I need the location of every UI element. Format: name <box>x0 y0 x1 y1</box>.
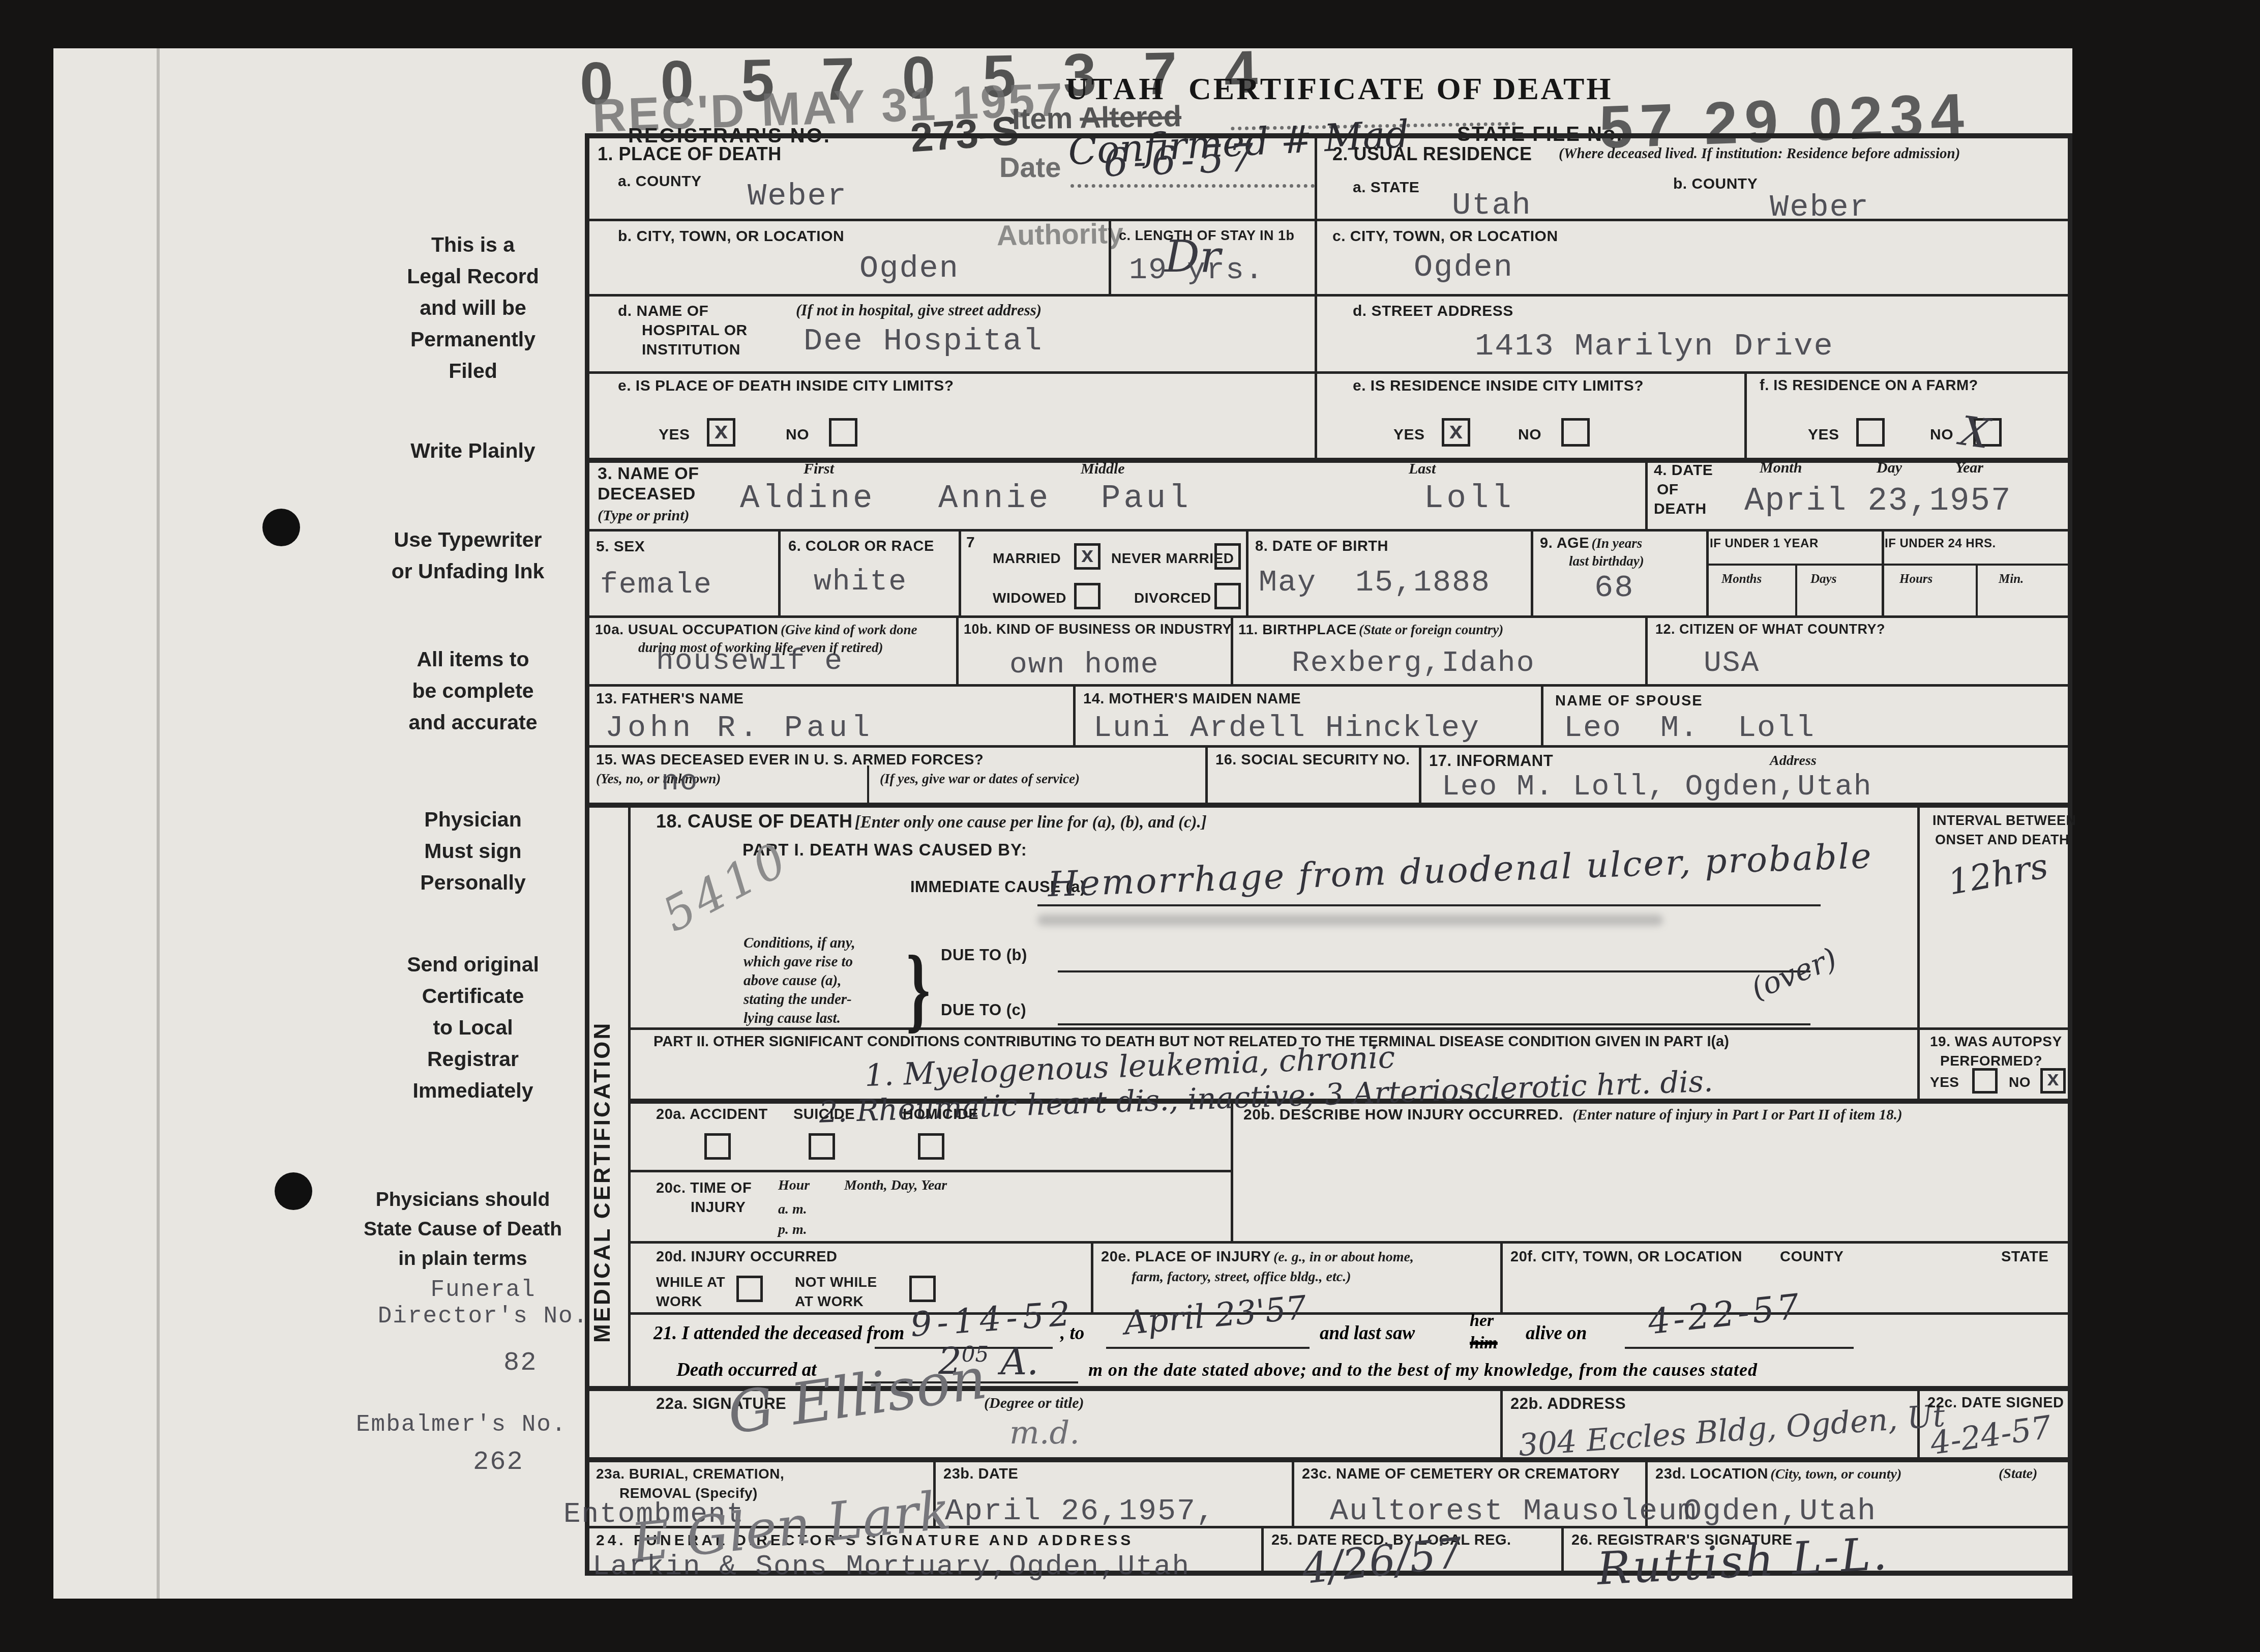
rule <box>778 529 781 615</box>
rule <box>1645 458 1648 529</box>
rule <box>585 529 2072 532</box>
field12-value: USA <box>1704 647 1760 680</box>
field2e-yes-checkbox: x <box>1442 418 1470 447</box>
field5-value: female <box>600 569 712 602</box>
degree-title-value: m.d. <box>1009 1414 1080 1451</box>
field4-day-label: Day <box>1877 459 1902 477</box>
field3-last-label: Last <box>1409 460 1436 478</box>
field3-first-label: First <box>804 460 834 478</box>
field10a-label: 10a. USUAL OCCUPATION (Give kind of work… <box>595 622 917 638</box>
field9-value: 68 <box>1594 570 1634 606</box>
field2e-no-label: NO <box>1518 426 1541 444</box>
field9-days-label: Days <box>1810 572 1836 586</box>
conditions-brace: } <box>906 935 930 1044</box>
field3-name1: Aldine <box>740 481 875 517</box>
field23b-value: April 26,1957, <box>945 1494 1215 1529</box>
field23c-value: Aultorest Mausoleum <box>1330 1494 1697 1529</box>
rule <box>1261 1526 1264 1571</box>
cause-a-smudge <box>1037 914 1663 926</box>
field11-value: Rexberg,Idaho <box>1292 647 1535 680</box>
field20f-label: 20f. CITY, TOWN, OR LOCATION <box>1510 1249 1742 1265</box>
field9-label-italic2: last birthday) <box>1569 553 1644 569</box>
field2c-label: c. CITY, TOWN, OR LOCATION <box>1332 228 1558 245</box>
field20e-label-italic2: farm, factory, street, office bldg., etc… <box>1132 1269 1351 1285</box>
rule <box>1882 529 1884 615</box>
rule <box>1645 615 1648 684</box>
field2d-value: 1413 Marilyn Drive <box>1475 328 1834 364</box>
field21-time-ampm: A. <box>1000 1340 1038 1383</box>
field12-label: 12. CITIZEN OF WHAT COUNTRY? <box>1655 622 1885 637</box>
field20e-label-bold: 20e. PLACE OF INJURY <box>1101 1249 1271 1265</box>
field9-under24-label: IF UNDER 24 HRS. <box>1885 537 1996 551</box>
field2f-label: f. IS RESIDENCE ON A FARM? <box>1760 377 1978 394</box>
field20a-suicide-checkbox <box>809 1133 835 1160</box>
field4-year-label: Year <box>1955 459 1983 477</box>
field2-heading-note: (Where deceased lived. If institution: R… <box>1559 144 2062 163</box>
field10b-value: own home <box>1009 648 1159 682</box>
field7-divorced-checkbox <box>1214 583 1241 609</box>
rule <box>956 615 959 684</box>
rule <box>1315 133 1317 458</box>
field7-married-checkbox: x <box>1074 543 1101 570</box>
field7-widowed-label: WIDOWED <box>993 590 1066 606</box>
rule <box>1091 1241 1093 1312</box>
field10a-label-bold: 10a. USUAL OCCUPATION <box>595 622 779 637</box>
field7-divorced-label: DIVORCED <box>1134 590 1211 606</box>
field21-text1: 21. I attended the deceased from <box>653 1322 904 1344</box>
field10a-value: housewif e <box>656 645 843 678</box>
field17-label: 17. INFORMANT <box>1429 752 1553 770</box>
field23d-value: Ogden,Utah <box>1683 1494 1877 1529</box>
rule <box>1706 564 2070 566</box>
field2b-value: Weber <box>1770 189 1869 225</box>
field4-label1: 4. DATE <box>1654 462 1713 479</box>
rule <box>1917 803 1920 1099</box>
rule <box>585 1457 2072 1462</box>
field20e-label: 20e. PLACE OF INJURY (e. g., in or about… <box>1101 1249 1414 1265</box>
field19-label-line2: PERFORMED? <box>1940 1053 2042 1069</box>
title-rest: CERTIFICATE OF DEATH <box>1188 72 1613 106</box>
field1b-label: b. CITY, TOWN, OR LOCATION <box>618 228 844 245</box>
rule <box>1246 529 1248 615</box>
field20d-notwhile1: NOT WHILE <box>795 1274 877 1290</box>
field20a-homicide-label: HOMICIDE <box>903 1106 978 1123</box>
field20b-label-italic: (Enter nature of injury in Part I or Par… <box>1572 1107 1902 1123</box>
field15-note1: (Yes, no, or unknown) <box>596 771 721 787</box>
death-certificate-scan: This is a Legal Record and will be Perma… <box>0 0 2260 1652</box>
field21-text4: alive on <box>1526 1322 1587 1344</box>
field3-heading1: 3. NAME OF <box>598 464 699 484</box>
rule <box>1561 1526 1564 1571</box>
field2a-value: Utah <box>1452 187 1532 223</box>
field23d-state-label: (State) <box>1999 1466 2037 1482</box>
field18-label: 18. CAUSE OF DEATH [Enter only one cause… <box>656 811 1207 832</box>
rule <box>1795 564 1797 615</box>
field1d-label1: d. NAME OF <box>618 303 708 320</box>
rule <box>959 529 961 615</box>
field5-label: 5. SEX <box>596 538 645 555</box>
rule <box>1109 219 1111 294</box>
field20c-label2: INJURY <box>691 1199 746 1216</box>
rule <box>1500 1386 1503 1457</box>
field8-label: 8. DATE OF BIRTH <box>1255 538 1388 555</box>
field21-underline2 <box>1106 1347 1310 1349</box>
field23b-label: 23b. DATE <box>943 1466 1018 1483</box>
field23c-label: 23c. NAME OF CEMETERY OR CREMATORY <box>1302 1466 1620 1483</box>
certificate-title: UTAH CERTIFICATE OF DEATH <box>1065 71 1613 107</box>
field20c-am-label: a. m. <box>778 1201 807 1218</box>
field2a-label: a. STATE <box>1353 179 1419 196</box>
date-stamp-label: Date <box>999 151 1061 184</box>
due-to-c-label: DUE TO (c) <box>941 1001 1026 1019</box>
field2f-no-handwritten-x: X <box>1957 407 2002 459</box>
field3-heading2: DECEASED <box>598 484 696 504</box>
margin-note-typewriter: Use Typewriter or Unfading Ink <box>346 524 590 587</box>
field11-label-italic: (State or foreign country) <box>1359 622 1503 637</box>
field1-heading: 1. PLACE OF DEATH <box>598 143 782 165</box>
field1c-value: 19 yrs. <box>1129 253 1264 288</box>
rule <box>1744 371 1747 458</box>
field2b-label: b. COUNTY <box>1673 175 1758 193</box>
field22b-label: 22b. ADDRESS <box>1510 1395 1626 1413</box>
field24-value: Larkin & Sons Mortuary,Ogden,Utah <box>592 1550 1190 1583</box>
due-to-c-underline <box>1058 1023 1810 1025</box>
field1e-yes-checkbox: x <box>707 418 735 447</box>
field2d-label: d. STREET ADDRESS <box>1353 303 1513 320</box>
margin-note-legal-record: This is a Legal Record and will be Perma… <box>356 229 590 387</box>
field3-middle-label: Middle <box>1081 460 1125 478</box>
authority-stamp: Authority <box>996 217 1123 252</box>
margin-note-physician-sign: Physician Must sign Personally <box>356 804 590 898</box>
field1a-value: Weber <box>748 178 847 214</box>
field20c-pm-label: p. m. <box>778 1222 807 1238</box>
field1d-note: (If not in hospital, give street address… <box>796 301 1042 319</box>
field7-widowed-checkbox <box>1074 583 1101 609</box>
field20d-while-checkbox <box>736 1276 763 1302</box>
due-to-b-label: DUE TO (b) <box>941 946 1027 964</box>
field2-heading: 2. USUAL RESIDENCE <box>1332 143 1532 165</box>
rule <box>1419 745 1421 803</box>
field20b-label-bold: 20b. DESCRIBE HOW INJURY OCCURRED. <box>1243 1106 1563 1123</box>
field20a-accident-label: 20a. ACCIDENT <box>656 1106 768 1123</box>
field3-name2: Annie <box>938 481 1051 517</box>
rule <box>1531 529 1533 615</box>
field1c-label: c. LENGTH OF STAY IN 1b <box>1119 228 1295 244</box>
form-border-right <box>2068 133 2072 1576</box>
funeral-directors-no-label: Funeral Director's No. <box>376 1277 590 1330</box>
field23d-label-italic: (City, town, or county) <box>1770 1466 1901 1482</box>
rule <box>585 615 2072 618</box>
field19-yes-label: YES <box>1930 1074 1959 1090</box>
field9-label-bold: 9. AGE <box>1540 535 1589 551</box>
rule <box>1500 1241 1503 1312</box>
field6-label: 6. COLOR OR RACE <box>788 538 934 555</box>
field4-value: April 23,1957 <box>1744 483 2011 520</box>
field1e-yes-label: YES <box>659 426 690 444</box>
field9-label: 9. AGE (In years <box>1540 535 1642 552</box>
hole-punch-top <box>262 509 300 546</box>
field20b-label: 20b. DESCRIBE HOW INJURY OCCURRED. (Ente… <box>1243 1106 1902 1124</box>
field4-label2: OF <box>1657 481 1679 498</box>
rule <box>1706 529 1709 615</box>
field15-label: 15. WAS DECEASED EVER IN U. S. ARMED FOR… <box>596 752 984 769</box>
field9-months-label: Months <box>1721 572 1762 586</box>
rule <box>1976 564 1978 615</box>
field23a-label1: 23a. BURIAL, CREMATION, <box>596 1466 784 1482</box>
item-word: Item <box>1012 102 1073 136</box>
field1d-label3: INSTITUTION <box>642 341 740 359</box>
title-state: UTAH <box>1065 72 1167 106</box>
field4-label3: DEATH <box>1654 500 1707 518</box>
field20d-while2: WORK <box>656 1293 702 1310</box>
field3-heading3: (Type or print) <box>598 507 690 524</box>
form-border-top <box>585 133 2072 138</box>
field1e-label: e. IS PLACE OF DEATH INSIDE CITY LIMITS? <box>618 377 954 395</box>
form-border-left <box>585 133 589 1576</box>
field20c-label1: 20c. TIME OF <box>656 1180 752 1197</box>
field16-label: 16. SOCIAL SECURITY NO. <box>1215 752 1410 769</box>
rule <box>1541 684 1543 745</box>
field21-text3: and last saw <box>1320 1322 1415 1344</box>
field18-label-bold: 18. CAUSE OF DEATH <box>656 811 852 832</box>
rule <box>628 803 631 1386</box>
margin-note-complete: All items to be complete and accurate <box>356 643 590 738</box>
field9-label-italic1: (In years <box>1591 536 1642 551</box>
field2e-label: e. IS RESIDENCE INSIDE CITY LIMITS? <box>1353 377 1644 395</box>
field20a-homicide-checkbox <box>918 1133 944 1160</box>
field10a-label-italic1: (Give kind of work done <box>781 622 917 637</box>
field2e-yes-label: YES <box>1393 426 1425 444</box>
field13-label: 13. FATHER'S NAME <box>596 691 744 707</box>
field19-no-checkbox: x <box>2040 1068 2066 1094</box>
field20c-hour-label: Hour <box>778 1177 810 1194</box>
field21-text6: m on the date stated above; and to the b… <box>1088 1359 1758 1380</box>
conditions-note: Conditions, if any, which gave rise to a… <box>744 934 911 1028</box>
field3-name3: Paul <box>1101 481 1192 517</box>
rule <box>1073 684 1076 745</box>
rule <box>585 371 2072 374</box>
field14-label: 14. MOTHER'S MAIDEN NAME <box>1083 691 1301 707</box>
field2f-no-label: NO <box>1930 426 1953 444</box>
field14-value: Luni Ardell Hinckley <box>1093 711 1480 746</box>
field1b-value: Ogden <box>859 250 959 286</box>
field17-value: Leo M. Loll, Ogden,Utah <box>1442 771 1872 804</box>
medical-certification-vertical-label: MEDICAL CERTIFICATION <box>590 834 615 1343</box>
field17-address-label: Address <box>1770 753 1817 769</box>
field1d-value: Dee Hospital <box>804 323 1043 359</box>
field23d-label-bold: 23d. LOCATION <box>1655 1466 1768 1482</box>
rule <box>628 1312 2072 1315</box>
paper-edge-line <box>157 48 160 1599</box>
field15-value: no <box>661 765 699 799</box>
rule <box>867 765 869 803</box>
field20a-accident-checkbox <box>704 1133 731 1160</box>
field7-never-married-checkbox <box>1214 543 1241 570</box>
field20d-while1: WHILE AT <box>656 1274 725 1290</box>
rule <box>585 684 2072 687</box>
field21-him-word: him <box>1470 1334 1498 1353</box>
field2f-yes-checkbox <box>1856 418 1885 447</box>
field10b-label: 10b. KIND OF BUSINESS OR INDUSTRY <box>964 622 1232 637</box>
field18-label-italic: [Enter only one cause per line for (a), … <box>855 813 1207 832</box>
field19-yes-checkbox <box>1972 1068 1998 1094</box>
field6-value: white <box>814 566 907 599</box>
field2c-value: Ogden <box>1414 249 1513 285</box>
spouse-value: Leo M. Loll <box>1564 711 1815 746</box>
field1a-label: a. COUNTY <box>618 173 702 190</box>
field19-label-line1: 19. WAS AUTOPSY <box>1930 1034 2062 1050</box>
interval-label-line2: ONSET AND DEATH <box>1935 832 2069 848</box>
field21-underline3 <box>1625 1347 1854 1349</box>
degree-title-label: (Degree or title) <box>984 1395 1084 1412</box>
rule <box>628 1170 1233 1172</box>
field4-month-label: Month <box>1760 459 1802 477</box>
field11-label: 11. BIRTHPLACE (State or foreign country… <box>1238 622 1503 638</box>
rule <box>628 1241 2072 1244</box>
field20d-notwhile-checkbox <box>909 1276 936 1302</box>
spouse-label: NAME OF SPOUSE <box>1555 693 1703 710</box>
field20c-mdy-label: Month, Day, Year <box>844 1177 947 1194</box>
field11-label-bold: 11. BIRTHPLACE <box>1238 622 1357 637</box>
field20a-suicide-label: SUICIDE <box>793 1106 855 1123</box>
field23d-label: 23d. LOCATION (City, town, or county) <box>1655 1466 1901 1483</box>
due-to-b-underline <box>1058 970 1810 972</box>
field1e-no-label: NO <box>786 426 809 444</box>
date-stamp-value: 6-6-57 <box>1103 135 1260 186</box>
field1e-no-checkbox <box>829 418 857 447</box>
field8-value: May 15,1888 <box>1259 566 1491 600</box>
field7-married-label: MARRIED <box>993 550 1061 567</box>
cause-a-underline <box>1037 904 1821 906</box>
field21-text2: , to <box>1060 1322 1084 1344</box>
field3-last-name: Loll <box>1424 481 1514 517</box>
field9-min-label: Min. <box>1999 572 2024 586</box>
funeral-directors-no-value: 82 <box>503 1348 537 1378</box>
field2e-no-checkbox <box>1561 418 1590 447</box>
field20d-label: 20d. INJURY OCCURRED <box>656 1249 837 1265</box>
field19-no-label: NO <box>2009 1074 2031 1090</box>
field2f-yes-label: YES <box>1808 426 1839 444</box>
field7-number: 7 <box>966 534 975 551</box>
margin-note-send-original: Send original Certificate to Local Regis… <box>356 949 590 1106</box>
field1d-label2: HOSPITAL OR <box>642 322 748 339</box>
field21-her-word: her <box>1470 1311 1494 1331</box>
field13-value: John R. Paul <box>605 711 874 746</box>
field15-note2: (If yes, give war or dates of service) <box>880 771 1080 787</box>
field9-hours-label: Hours <box>1899 572 1932 586</box>
rule <box>585 294 2072 297</box>
rule <box>1292 1457 1294 1526</box>
margin-note-plain-terms: Physicians should State Cause of Death i… <box>325 1185 600 1274</box>
rule <box>1231 1099 1233 1241</box>
field20d-notwhile2: AT WORK <box>795 1293 864 1310</box>
embalmers-no-label: Embalmer's No. <box>356 1411 567 1438</box>
field20e-label-italic1: (e. g., in or about home, <box>1273 1249 1414 1265</box>
field20f-state-label: STATE <box>2001 1249 2048 1265</box>
rule <box>1205 745 1208 803</box>
embalmers-no-value: 262 <box>473 1447 524 1477</box>
hole-punch-bottom <box>275 1172 312 1210</box>
interval-label-line1: INTERVAL BETWEEN <box>1932 813 2076 829</box>
field20f-county-label: COUNTY <box>1780 1249 1843 1265</box>
field9-under1-label: IF UNDER 1 YEAR <box>1710 537 1819 551</box>
margin-note-write-plainly: Write Plainly <box>356 435 590 466</box>
